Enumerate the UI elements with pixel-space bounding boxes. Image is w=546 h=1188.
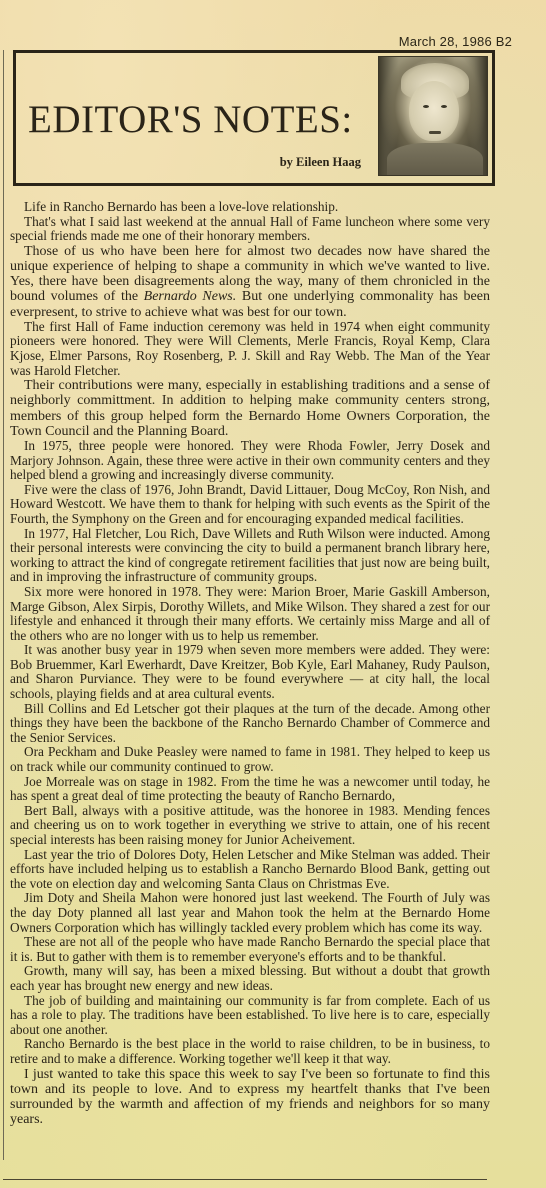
newspaper-clipping: March 28, 1986 B2 EDITOR'S NOTES: by Eil… — [0, 0, 546, 1188]
author-photo — [378, 56, 488, 176]
photo-eye-shape — [441, 105, 447, 108]
publication-name: Bernardo News. — [144, 289, 237, 304]
paragraph: Five were the class of 1976, John Brandt… — [10, 483, 490, 527]
paragraph: Growth, many will say, has been a mixed … — [10, 964, 490, 993]
paragraph: Six more were honored in 1978. They were… — [10, 585, 490, 643]
paragraph: Rancho Bernardo is the best place in the… — [10, 1037, 490, 1066]
paragraph: The job of building and maintaining our … — [10, 994, 490, 1038]
paragraph: Ora Peckham and Duke Peasley were named … — [10, 745, 490, 774]
paragraph: That's what I said last weekend at the a… — [10, 215, 490, 244]
photo-eye-shape — [423, 105, 429, 108]
column-header-box: EDITOR'S NOTES: by Eileen Haag — [13, 50, 495, 186]
bottom-rule — [3, 1179, 487, 1180]
byline: by Eileen Haag — [280, 155, 361, 170]
photo-mouth-shape — [429, 131, 441, 134]
paragraph: I just wanted to take this space this we… — [10, 1067, 490, 1128]
paragraph: Last year the trio of Dolores Doty, Hele… — [10, 848, 490, 892]
paragraph: In 1975, three people were honored. They… — [10, 439, 490, 483]
paragraph: Joe Morreale was on stage in 1982. From … — [10, 775, 490, 804]
paragraph: The first Hall of Fame induction ceremon… — [10, 320, 490, 378]
photo-body-shape — [387, 143, 483, 176]
paragraph: It was another busy year in 1979 when se… — [10, 643, 490, 701]
paragraph: In 1977, Hal Fletcher, Lou Rich, Dave Wi… — [10, 527, 490, 585]
date-page-line: March 28, 1986 B2 — [399, 34, 512, 49]
paragraph: Their contributions were many, especiall… — [10, 378, 490, 439]
paragraph: These are not all of the people who have… — [10, 935, 490, 964]
column-rule — [3, 50, 4, 1160]
article-body: Life in Rancho Bernardo has been a love-… — [10, 200, 490, 1127]
paragraph: Bill Collins and Ed Letscher got their p… — [10, 702, 490, 746]
paragraph: Those of us who have been here for almos… — [10, 244, 490, 320]
paragraph: Jim Doty and Sheila Mahon were honored j… — [10, 891, 490, 935]
column-title: EDITOR'S NOTES: — [28, 97, 353, 142]
paragraph: Bert Ball, always with a positive attitu… — [10, 804, 490, 848]
paragraph: Life in Rancho Bernardo has been a love-… — [10, 200, 490, 215]
